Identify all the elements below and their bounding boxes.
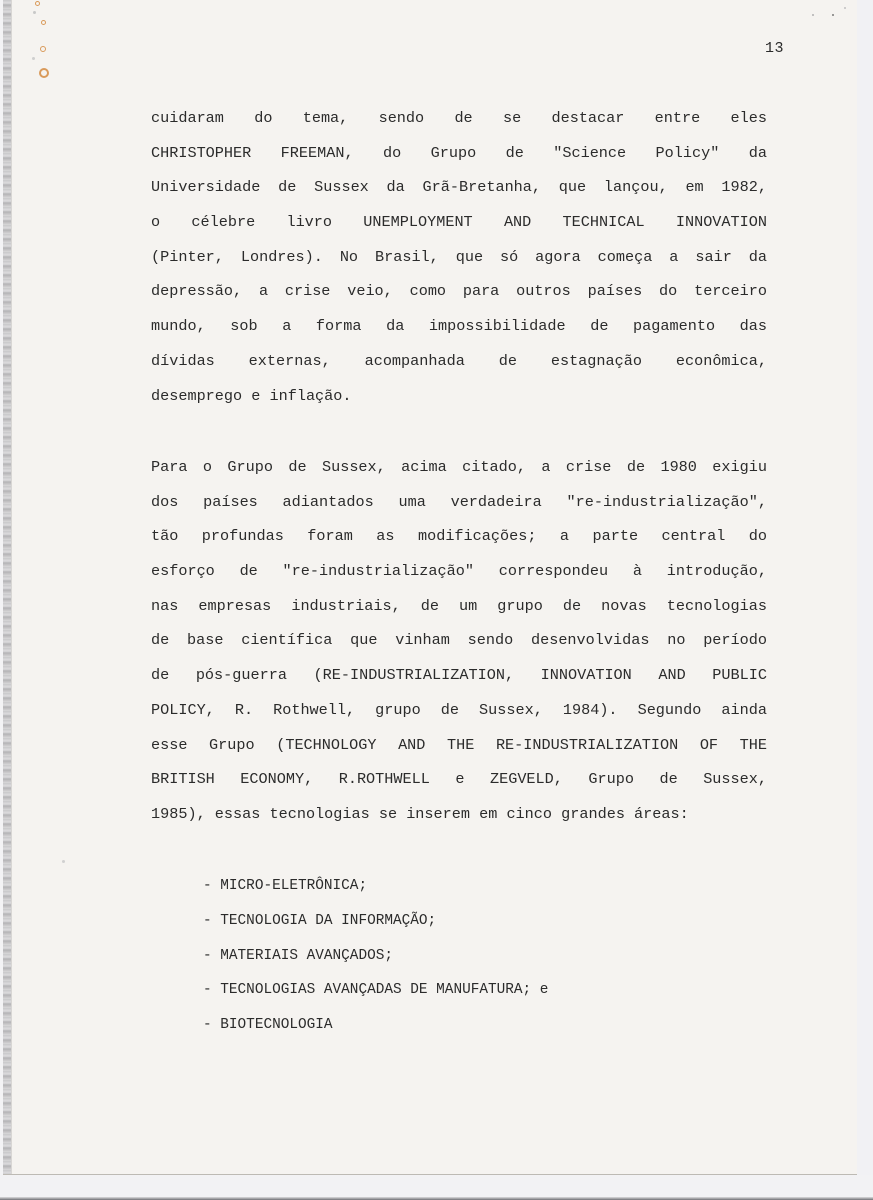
text-line: dívidas externas, acompanhada de estagna… bbox=[151, 344, 767, 379]
staple-mark-icon bbox=[41, 20, 46, 25]
binding-edge bbox=[3, 0, 11, 1174]
text-line: mundo, sob a forma da impossibilidade de… bbox=[151, 309, 767, 344]
text-line: (Pinter, Londres). No Brasil, que só ago… bbox=[151, 240, 767, 275]
dust-speck bbox=[844, 7, 846, 9]
text-line: de base científica que vinham sendo dese… bbox=[151, 623, 767, 658]
list-item: - MATERIAIS AVANÇADOS; bbox=[203, 939, 548, 974]
paragraph-1: cuidaram do tema, sendo de se destacar e… bbox=[151, 101, 767, 413]
list-item: - TECNOLOGIAS AVANÇADAS DE MANUFATURA; e bbox=[203, 973, 548, 1008]
text-line: desemprego e inflação. bbox=[151, 379, 767, 414]
text-line: POLICY, R. Rothwell, grupo de Sussex, 19… bbox=[151, 693, 767, 728]
text-line: BRITISH ECONOMY, R.ROTHWELL e ZEGVELD, G… bbox=[151, 762, 767, 797]
text-line: o célebre livro UNEMPLOYMENT AND TECHNIC… bbox=[151, 205, 767, 240]
text-line: esforço de "re-industrialização" corresp… bbox=[151, 554, 767, 589]
text-line: tão profundas foram as modificações; a p… bbox=[151, 519, 767, 554]
dust-speck bbox=[62, 860, 65, 863]
text-line: depressão, a crise veio, como para outro… bbox=[151, 274, 767, 309]
text-line: 1985), essas tecnologias se inserem em c… bbox=[151, 797, 767, 832]
scanned-page: 13 cuidaram do tema, sendo de se destaca… bbox=[0, 0, 873, 1200]
text-line: Universidade de Sussex da Grã-Bretanha, … bbox=[151, 170, 767, 205]
text-line: Para o Grupo de Sussex, acima citado, a … bbox=[151, 450, 767, 485]
list-item: - MICRO-ELETRÔNICA; bbox=[203, 869, 548, 904]
scanner-margin-right bbox=[857, 0, 873, 1200]
text-line: nas empresas industriais, de um grupo de… bbox=[151, 589, 767, 624]
dust-speck bbox=[33, 11, 36, 14]
punch-hole-icon bbox=[39, 68, 49, 78]
dust-speck bbox=[812, 14, 814, 16]
binding-edge-line bbox=[11, 0, 12, 1174]
text-line: dos países adiantados uma verdadeira "re… bbox=[151, 485, 767, 520]
dust-speck bbox=[832, 14, 834, 16]
technology-areas-list: - MICRO-ELETRÔNICA; - TECNOLOGIA DA INFO… bbox=[203, 869, 548, 1043]
page-number: 13 bbox=[765, 40, 784, 57]
list-item: - TECNOLOGIA DA INFORMAÇÃO; bbox=[203, 904, 548, 939]
punch-hole-icon bbox=[40, 46, 46, 52]
text-line: esse Grupo (TECHNOLOGY AND THE RE-INDUST… bbox=[151, 728, 767, 763]
text-line: de pós-guerra (RE-INDUSTRIALIZATION, INN… bbox=[151, 658, 767, 693]
dust-speck bbox=[32, 57, 35, 60]
paragraph-2: Para o Grupo de Sussex, acima citado, a … bbox=[151, 450, 767, 832]
list-item: - BIOTECNOLOGIA bbox=[203, 1008, 548, 1043]
staple-mark-icon bbox=[35, 1, 40, 6]
text-line: CHRISTOPHER FREEMAN, do Grupo de "Scienc… bbox=[151, 136, 767, 171]
text-line: cuidaram do tema, sendo de se destacar e… bbox=[151, 101, 767, 136]
